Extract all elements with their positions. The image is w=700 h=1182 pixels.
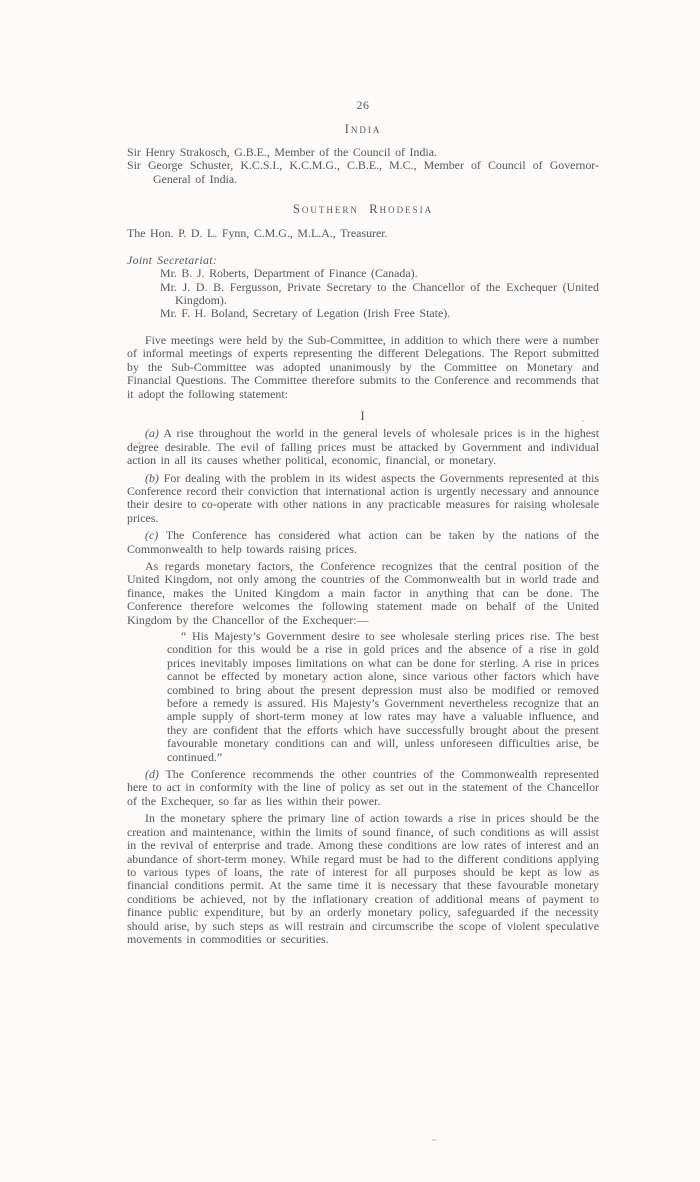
delegate-line: Sir George Schuster, K.C.S.I., K.C.M.G.,… — [127, 159, 599, 186]
paragraph-b-text: For dealing with the problem in its wide… — [127, 471, 599, 525]
paragraph-b-label: (b) — [145, 471, 159, 485]
paragraph-b: (b) For dealing with the problem in its … — [127, 472, 599, 526]
scan-speck — [432, 1139, 436, 1141]
intro-paragraph: Five meetings were held by the Sub-Commi… — [127, 334, 599, 401]
paragraph-a: (a) A rise throughout the world in the g… — [127, 427, 599, 467]
secretariat-member: Mr. F. H. Boland, Secretary of Legation … — [160, 307, 599, 320]
scanned-document-page: 26 India Sir Henry Strakosch, G.B.E., Me… — [0, 0, 700, 1182]
paragraph-c-label: (c) — [145, 528, 158, 542]
page-number: 26 — [127, 99, 599, 112]
paragraph-a-label: (a) — [145, 426, 159, 440]
scan-speck — [138, 442, 141, 444]
paragraph-d: (d) The Conference recommends the other … — [127, 768, 599, 808]
heading-southern-rhodesia: Southern Rhodesia — [127, 203, 599, 216]
paragraph-final: In the monetary sphere the primary line … — [127, 812, 599, 946]
paragraph-a-text: A rise throughout the world in the gener… — [127, 426, 599, 467]
paragraph-c: (c) The Conference has considered what a… — [127, 529, 599, 556]
joint-secretariat-label: Joint Secretariat: — [127, 254, 599, 267]
chancellor-quotation: “ His Majesty’s Government desire to see… — [167, 630, 599, 764]
heading-india: India — [127, 123, 599, 136]
section-numeral: I — [127, 409, 599, 422]
secretariat-member: Mr. B. J. Roberts, Department of Finance… — [160, 267, 599, 280]
delegate-line: Sir Henry Strakosch, G.B.E., Member of t… — [127, 146, 599, 159]
delegate-line: The Hon. P. D. L. Fynn, C.M.G., M.L.A., … — [127, 227, 599, 240]
paragraph-d-label: (d) — [145, 767, 159, 781]
paragraph-d-text: The Conference recommends the other coun… — [127, 767, 599, 808]
paragraph-monetary-factors: As regards monetary factors, the Confere… — [127, 560, 599, 627]
paragraph-c-text: The Conference has considered what actio… — [127, 528, 599, 555]
scan-speck — [582, 420, 584, 422]
secretariat-member: Mr. J. D. B. Fergusson, Private Secretar… — [160, 281, 599, 308]
text-block: 26 India Sir Henry Strakosch, G.B.E., Me… — [127, 99, 599, 946]
